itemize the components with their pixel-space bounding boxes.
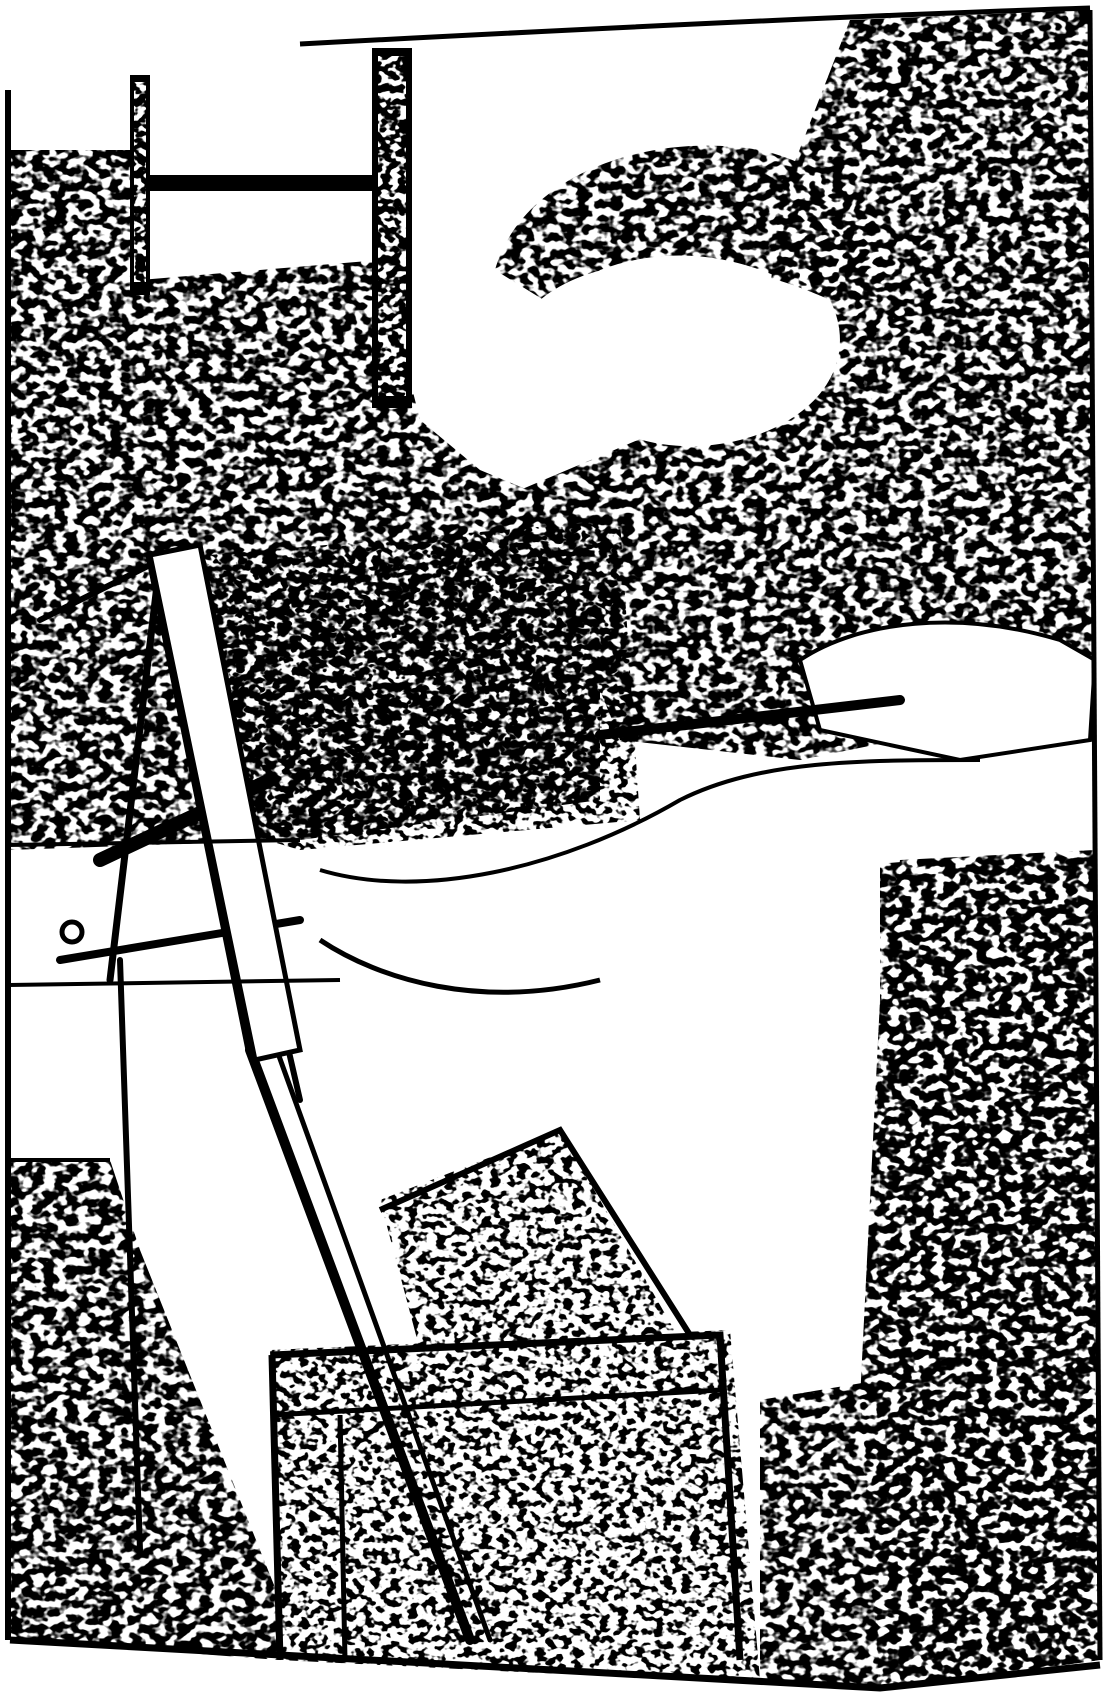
- halftone-photograph: boy working at a wooden easel holding a …: [0, 0, 1115, 1699]
- boy-shirt: [860, 850, 1095, 1690]
- photo-canvas: [0, 0, 1115, 1699]
